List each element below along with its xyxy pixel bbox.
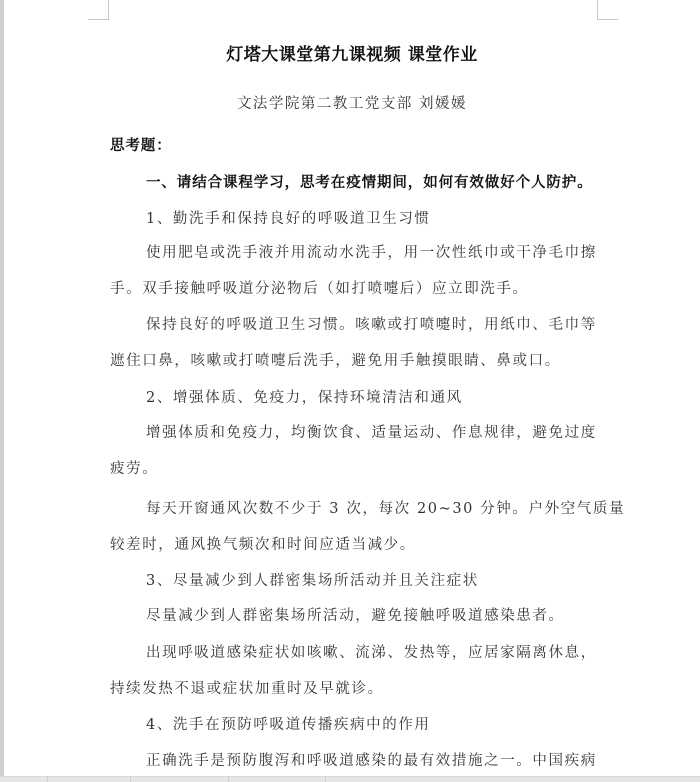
status-separator bbox=[325, 777, 326, 782]
section-label: 思考题： bbox=[110, 134, 172, 155]
status-separator bbox=[47, 777, 48, 782]
paragraph-line: 疲劳。 bbox=[110, 457, 158, 478]
paragraph-line: 增强体质和免疫力，均衡饮食、适量运动、作息规律，避免过度 bbox=[146, 421, 597, 442]
paragraph-line: 保持良好的呼吸道卫生习惯。咳嗽或打喷嚏时，用纸巾、毛巾等 bbox=[146, 313, 597, 334]
document-title: 灯塔大课堂第九课视频 课堂作业 bbox=[4, 40, 700, 65]
document-page[interactable]: 灯塔大课堂第九课视频 课堂作业 文法学院第二教工党支部 刘媛媛 思考题： 一、请… bbox=[4, 0, 700, 776]
paragraph-line: 4、洗手在预防呼吸道传播疾病中的作用 bbox=[146, 713, 431, 734]
paragraph-line: 尽量减少到人群密集场所活动，避免接触呼吸道感染患者。 bbox=[146, 604, 565, 625]
paragraph-line: 持续发热不退或症状加重时及早就诊。 bbox=[110, 677, 384, 698]
paragraph-line: 1、勤洗手和保持良好的呼吸道卫生习惯 bbox=[146, 207, 431, 228]
paragraph-line: 正确洗手是预防腹泻和呼吸道感染的最有效措施之一。中国疾病 bbox=[146, 749, 597, 770]
question-heading: 一、请结合课程学习，思考在疫情期间，如何有效做好个人防护。 bbox=[146, 171, 593, 192]
status-separator bbox=[130, 777, 131, 782]
paragraph-line: 使用肥皂或洗手液并用流动水洗手，用一次性纸巾或干净毛巾擦 bbox=[146, 241, 597, 262]
author-byline: 文法学院第二教工党支部 刘媛媛 bbox=[4, 92, 700, 113]
paragraph-line: 较差时，通风换气频次和时间应适当减少。 bbox=[110, 533, 416, 554]
paragraph-line: 3、尽量减少到人群密集场所活动并且关注症状 bbox=[146, 569, 479, 590]
margin-corner-mark-left bbox=[88, 0, 109, 20]
margin-corner-mark-right bbox=[597, 0, 618, 20]
paragraph-line: 遮住口鼻，咳嗽或打喷嚏后洗手，避免用手触摸眼睛、鼻或口。 bbox=[110, 349, 561, 370]
paragraph-line: 手。双手接触呼吸道分泌物后（如打喷嚏后）应立即洗手。 bbox=[110, 277, 529, 298]
paragraph-line: 每天开窗通风次数不少于 3 次，每次 20~30 分钟。户外空气质量 bbox=[146, 497, 625, 518]
paragraph-line: 出现呼吸道感染症状如咳嗽、流涕、发热等，应居家隔离休息， bbox=[146, 641, 597, 662]
paragraph-line: 2、增强体质、免疫力，保持环境清洁和通风 bbox=[146, 386, 463, 407]
status-bar bbox=[0, 776, 700, 782]
status-separator bbox=[228, 777, 229, 782]
